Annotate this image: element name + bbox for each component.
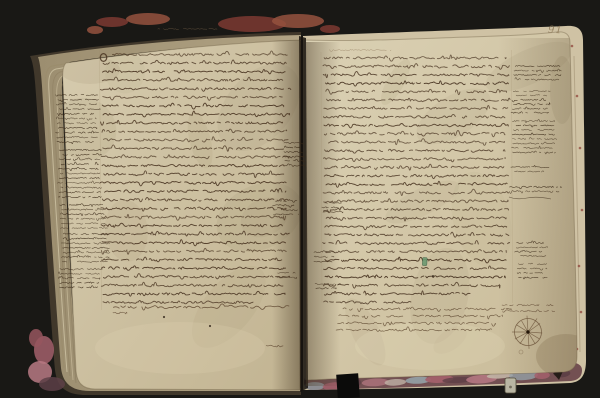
book [0, 0, 600, 398]
ink-dot [163, 316, 165, 318]
ink-dot [209, 325, 211, 327]
folio-number: 91 [548, 25, 563, 37]
manuscript-photo: 91 [0, 0, 600, 398]
ink-dot [432, 275, 434, 277]
wheel-hub [526, 330, 529, 333]
book-svg [0, 0, 600, 398]
cradle-strap [336, 373, 360, 398]
gutter-shadow-right [306, 42, 340, 386]
gutter-shadow-left [272, 40, 301, 390]
green-initial-mark [422, 257, 427, 265]
clasp-tab [505, 378, 516, 393]
